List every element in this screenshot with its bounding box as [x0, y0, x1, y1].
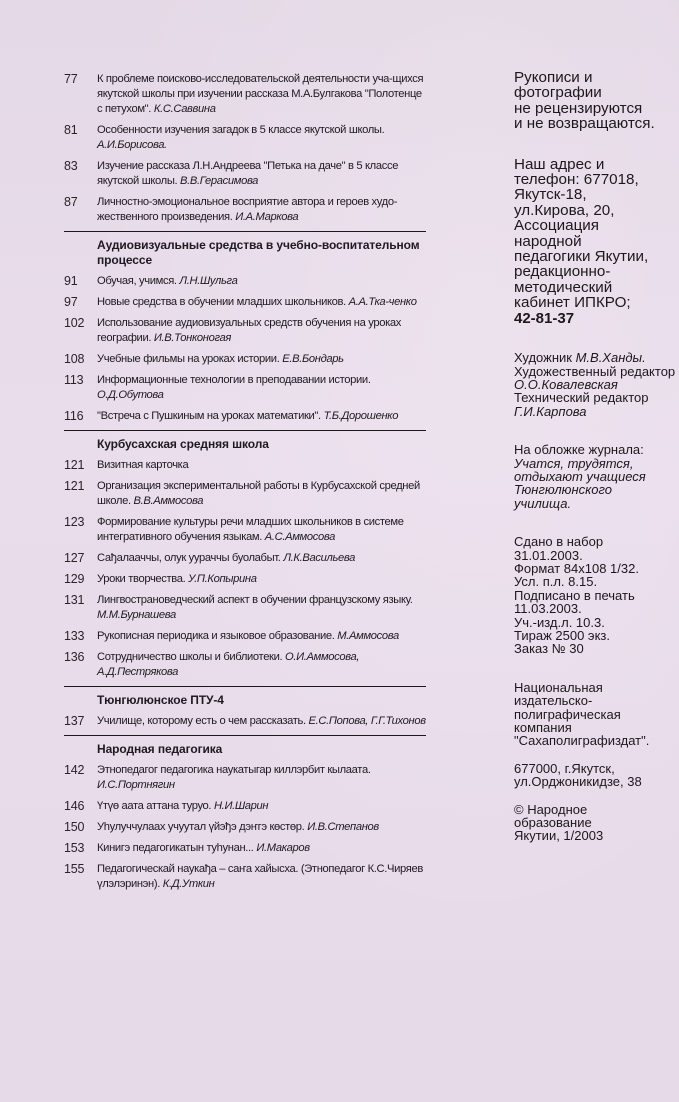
entry-title: Уроки творчества. У.П.Копырина	[97, 572, 426, 587]
page-number: 142	[64, 763, 97, 778]
toc-entry: 81Особенности изучения загадок в 5 класс…	[64, 123, 426, 153]
article-title: Уһулуччулаах учуутал үйэђэ дэҥгэ көстөр.	[97, 821, 304, 833]
article-author: И.А.Маркова	[235, 211, 298, 223]
page-number: 133	[64, 629, 97, 644]
copyright-line: © Народное	[514, 803, 679, 816]
section-title: Народная педагогика	[64, 742, 426, 757]
entry-title: Личностно-эмоциональное восприятие автор…	[97, 195, 426, 225]
article-title: Этнопедагог педагогика наукатыгар киллэр…	[97, 764, 371, 776]
page-number: 97	[64, 295, 97, 310]
toc-entry: 129Уроки творчества. У.П.Копырина	[64, 572, 426, 587]
page-number: 77	[64, 72, 97, 87]
article-title: К проблеме поисково-исследовательской де…	[97, 73, 423, 115]
page-number: 155	[64, 862, 97, 877]
toc-entry: 91Обучая, учимся. Л.Н.Шульга	[64, 274, 426, 289]
page-number: 136	[64, 650, 97, 665]
cover-caption: Учатся, трудятся, отдыхают учащиеся Тюнг…	[514, 457, 664, 511]
page-number: 146	[64, 799, 97, 814]
page-number: 121	[64, 458, 97, 473]
page-number: 81	[64, 123, 97, 138]
toc-entry: 153Кинигэ педагогикатын туһунан... И.Мак…	[64, 841, 426, 856]
article-title: Үтүө аата аттана туруо.	[97, 800, 211, 812]
print-detail-line: 11.03.2003.	[514, 602, 679, 615]
article-title: Сађалааччы, олук уураччы буолабыт.	[97, 552, 281, 564]
toc-entry: 155Педагогическай наукађа – саҥа хайысха…	[64, 862, 426, 892]
credits: Художник М.В.Ханды. Художественный редак…	[514, 351, 679, 418]
toc-entry: 77К проблеме поисково-исследовательской …	[64, 72, 426, 117]
article-author: И.Макаров	[256, 842, 309, 854]
entry-title: Новые средства в обучении младших школьн…	[97, 295, 426, 310]
print-detail-line: Формат 84x108 1/32.	[514, 562, 679, 575]
address-line: методический	[514, 280, 679, 295]
toc-entry: 87Личностно-эмоциональное восприятие авт…	[64, 195, 426, 225]
article-author: И.С.Портнягин	[97, 779, 175, 791]
article-title: Лингвострановедческий аспект в обучении …	[97, 594, 413, 606]
entry-title: "Встреча с Пушкиным на уроках математики…	[97, 409, 426, 424]
address-line: народной	[514, 234, 679, 249]
article-title: Сотрудничество школы и библиотеки.	[97, 651, 282, 663]
notice-line: Рукописи и	[514, 70, 679, 85]
article-author: Л.К.Васильева	[283, 552, 355, 564]
entry-title: Рукописная периодика и языковое образова…	[97, 629, 426, 644]
print-details: Сдано в набор31.01.2003.Формат 84x108 1/…	[514, 535, 679, 656]
toc-entry: 113Информационные технологии в преподава…	[64, 373, 426, 403]
address-line: телефон: 677018,	[514, 172, 679, 187]
toc-section: Тюнгюлюнское ПТУ-4137Училище, которому е…	[64, 686, 426, 729]
toc-entry: 97Новые средства в обучении младших школ…	[64, 295, 426, 310]
copyright: © НародноеобразованиеЯкутии, 1/2003	[514, 803, 679, 843]
article-author: Л.Н.Шульга	[179, 275, 237, 287]
entry-title: Визитная карточка	[97, 458, 426, 473]
page-number: 113	[64, 373, 97, 388]
section-title: Аудиовизуальные средства в учебно-воспит…	[64, 238, 426, 268]
publisher-line: полиграфическая	[514, 708, 679, 721]
article-author: К.Д.Уткин	[163, 878, 215, 890]
article-author: О.Д.Обутова	[97, 389, 164, 401]
page-number: 137	[64, 714, 97, 729]
article-author: Е.С.Попова, Г.Г.Тихонов	[309, 715, 426, 727]
article-author: А.А.Тка-ченко	[349, 296, 417, 308]
toc-entry: 133Рукописная периодика и языковое образ…	[64, 629, 426, 644]
toc-entry: 131Лингвострановедческий аспект в обучен…	[64, 593, 426, 623]
entry-title: Кинигэ педагогикатын туһунан... И.Макаро…	[97, 841, 426, 856]
phone-number: 42-81-37	[514, 311, 679, 326]
article-title: Особенности изучения загадок в 5 классе …	[97, 124, 384, 136]
print-detail-line: Усл. п.л. 8.15.	[514, 575, 679, 588]
editorial-address: Наш адрес ителефон: 677018,Якутск-18,ул.…	[514, 157, 679, 326]
entry-title: Училище, которому есть о чем рассказать.…	[97, 714, 426, 729]
print-detail-line: Тираж 2500 экз.	[514, 629, 679, 642]
cover-note: На обложке журнала: Учатся, трудятся, от…	[514, 443, 679, 510]
toc-entry: 116"Встреча с Пушкиным на уроках математ…	[64, 409, 426, 424]
print-detail-line: Сдано в набор	[514, 535, 679, 548]
article-title: Использование аудиовизуальных средств об…	[97, 317, 401, 344]
article-author: А.И.Борисова.	[97, 139, 167, 151]
notice-line: не рецензируются	[514, 101, 679, 116]
article-title: Училище, которому есть о чем рассказать.	[97, 715, 306, 727]
toc-section: Аудиовизуальные средства в учебно-воспит…	[64, 231, 426, 424]
toc-group: 77К проблеме поисково-исследовательской …	[64, 72, 426, 225]
entry-title: К проблеме поисково-исследовательской де…	[97, 72, 426, 117]
toc-entry: 121Визитная карточка	[64, 458, 426, 473]
publisher-address-line: ул.Орджоникидзе, 38	[514, 775, 679, 788]
entry-title: Этнопедагог педагогика наукатыгар киллэр…	[97, 763, 426, 793]
copyright-line: образование	[514, 816, 679, 829]
article-title: Рукописная периодика и языковое образова…	[97, 630, 335, 642]
article-author: А.С.Аммосова	[265, 531, 335, 543]
article-title: Новые средства в обучении младших школьн…	[97, 296, 346, 308]
publisher-line: "Сахаполиграфиздат".	[514, 734, 679, 747]
entry-title: Учебные фильмы на уроках истории. Е.В.Бо…	[97, 352, 426, 367]
page-number: 83	[64, 159, 97, 174]
article-title: Визитная карточка	[97, 459, 188, 471]
page-number: 123	[64, 515, 97, 530]
article-author: Е.В.Бондарь	[282, 353, 343, 365]
article-author: У.П.Копырина	[188, 573, 256, 585]
page-number: 121	[64, 479, 97, 494]
toc-entry: 102Использование аудиовизуальных средств…	[64, 316, 426, 346]
entry-title: Сађалааччы, олук уураччы буолабыт. Л.К.В…	[97, 551, 426, 566]
section-title: Тюнгюлюнское ПТУ-4	[64, 693, 426, 708]
manuscript-notice: Рукописи ифотографиине рецензируютсяи не…	[514, 70, 679, 132]
address-line: редакционно-	[514, 264, 679, 279]
publisher-address-line: 677000, г.Якутск,	[514, 762, 679, 775]
imprint-column: Рукописи ифотографиине рецензируютсяи не…	[514, 70, 679, 868]
print-detail-line: Уч.-изд.л. 10.3.	[514, 616, 679, 629]
article-author: Т.Б.Дорошенко	[324, 410, 399, 422]
toc-entry: 121Организация экспериментальной работы …	[64, 479, 426, 509]
page-number: 91	[64, 274, 97, 289]
print-detail-line: Заказ № 30	[514, 642, 679, 655]
article-title: Уроки творчества.	[97, 573, 185, 585]
publisher-line: Национальная	[514, 681, 679, 694]
publisher-address: 677000, г.Якутск,ул.Орджоникидзе, 38	[514, 762, 679, 789]
article-title: Кинигэ педагогикатын туһунан...	[97, 842, 254, 854]
toc-entry: 136Сотрудничество школы и библиотеки. О.…	[64, 650, 426, 680]
section-title: Курбусахская средняя школа	[64, 437, 426, 452]
article-author: М.М.Бурнашева	[97, 609, 176, 621]
toc-entry: 137Училище, которому есть о чем рассказа…	[64, 714, 426, 729]
article-author: Н.И.Шарин	[214, 800, 268, 812]
entry-title: Педагогическай наукађа – саҥа хайысха. (…	[97, 862, 426, 892]
toc-entry: 127Сађалааччы, олук уураччы буолабыт. Л.…	[64, 551, 426, 566]
toc-section: Народная педагогика142Этнопедагог педаго…	[64, 735, 426, 892]
entry-title: Уһулуччулаах учуутал үйэђэ дэҥгэ көстөр.…	[97, 820, 426, 835]
page-number: 102	[64, 316, 97, 331]
publisher: Национальнаяиздательско-полиграфическаяк…	[514, 681, 679, 748]
entry-title: Организация экспериментальной работы в К…	[97, 479, 426, 509]
art-editor-label: Художественный редактор	[514, 365, 679, 378]
copyright-line: Якутии, 1/2003	[514, 829, 679, 842]
address-line: кабинет ИПКРО;	[514, 295, 679, 310]
article-author: В.В.Аммосова	[134, 495, 204, 507]
art-editor-name: О.О.Ковалевская	[514, 378, 679, 391]
article-title: Информационные технологии в преподавании…	[97, 374, 371, 386]
publisher-line: издательско-	[514, 694, 679, 707]
entry-title: Изучение рассказа Л.Н.Андреева "Петька н…	[97, 159, 426, 189]
article-author: М.Аммосова	[337, 630, 399, 642]
toc-entry: 108Учебные фильмы на уроках истории. Е.В…	[64, 352, 426, 367]
page-number: 131	[64, 593, 97, 608]
publisher-line: компания	[514, 721, 679, 734]
print-detail-line: 31.01.2003.	[514, 549, 679, 562]
entry-title: Информационные технологии в преподавании…	[97, 373, 426, 403]
article-title: Формирование культуры речи младших школь…	[97, 516, 404, 543]
page-number: 116	[64, 409, 97, 424]
notice-line: фотографии	[514, 85, 679, 100]
page-number: 129	[64, 572, 97, 587]
article-author: К.С.Саввина	[154, 103, 216, 115]
cover-label: На обложке журнала:	[514, 443, 679, 456]
page-number: 150	[64, 820, 97, 835]
toc-section: Курбусахская средняя школа121Визитная ка…	[64, 430, 426, 680]
artist-credit: Художник М.В.Ханды.	[514, 351, 679, 364]
entry-title: Особенности изучения загадок в 5 классе …	[97, 123, 426, 153]
tech-editor-label: Технический редактор	[514, 391, 679, 404]
toc-entry: 150Уһулуччулаах учуутал үйэђэ дэҥгэ көст…	[64, 820, 426, 835]
entry-title: Лингвострановедческий аспект в обучении …	[97, 593, 426, 623]
notice-line: и не возвращаются.	[514, 116, 679, 131]
address-line: педагогики Якутии,	[514, 249, 679, 264]
page-number: 127	[64, 551, 97, 566]
toc-entry: 142Этнопедагог педагогика наукатыгар кил…	[64, 763, 426, 793]
table-of-contents: 77К проблеме поисково-исследовательской …	[64, 72, 426, 898]
article-title: "Встреча с Пушкиным на уроках математики…	[97, 410, 321, 422]
article-author: И.В.Тонконогая	[154, 332, 231, 344]
entry-title: Использование аудиовизуальных средств об…	[97, 316, 426, 346]
entry-title: Сотрудничество школы и библиотеки. О.И.А…	[97, 650, 426, 680]
toc-entry: 146Үтүө аата аттана туруо. Н.И.Шарин	[64, 799, 426, 814]
address-line: Якутск-18,	[514, 187, 679, 202]
address-line: ул.Кирова, 20,	[514, 203, 679, 218]
article-author: И.В.Степанов	[307, 821, 379, 833]
page-number: 108	[64, 352, 97, 367]
entry-title: Обучая, учимся. Л.Н.Шульга	[97, 274, 426, 289]
article-title: Обучая, учимся.	[97, 275, 177, 287]
entry-title: Формирование культуры речи младших школь…	[97, 515, 426, 545]
page-number: 153	[64, 841, 97, 856]
article-title: Педагогическай наукађа – саҥа хайысха. (…	[97, 863, 423, 890]
page-number: 87	[64, 195, 97, 210]
print-detail-line: Подписано в печать	[514, 589, 679, 602]
article-title: Учебные фильмы на уроках истории.	[97, 353, 279, 365]
address-line: Наш адрес и	[514, 157, 679, 172]
toc-entry: 123Формирование культуры речи младших шк…	[64, 515, 426, 545]
article-author: В.В.Герасимова	[180, 175, 258, 187]
entry-title: Үтүө аата аттана туруо. Н.И.Шарин	[97, 799, 426, 814]
address-line: Ассоциация	[514, 218, 679, 233]
tech-editor-name: Г.И.Карпова	[514, 405, 679, 418]
toc-entry: 83Изучение рассказа Л.Н.Андреева "Петька…	[64, 159, 426, 189]
